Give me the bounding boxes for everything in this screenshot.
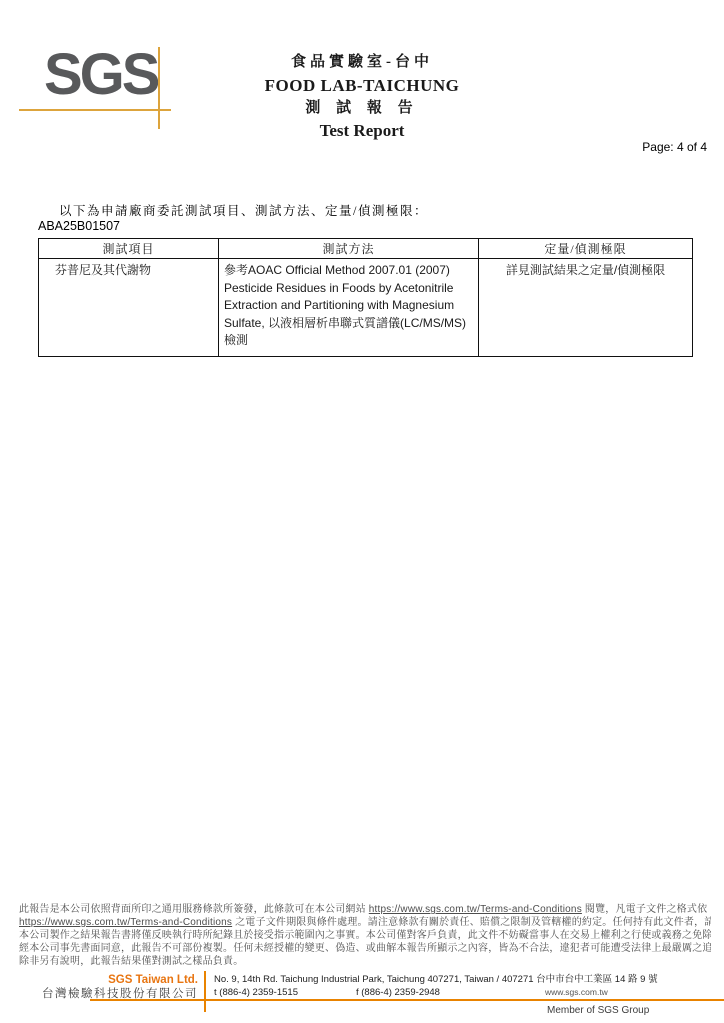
report-title-english: Test Report bbox=[0, 120, 724, 142]
test-item-cell: 芬普尼及其代謝物 bbox=[39, 259, 219, 357]
column-header-test-method: 測試方法 bbox=[219, 239, 479, 259]
table-header-row: 測試項目 測試方法 定量/偵測極限 bbox=[39, 239, 693, 259]
company-name-english: SGS Taiwan Ltd. bbox=[0, 974, 198, 987]
limit-cell: 詳見測試結果之定量/偵測極限 bbox=[479, 259, 693, 357]
report-number: ABA25B01507 bbox=[38, 219, 120, 233]
legal-disclaimer: 此報告是本公司依照背面所印之通用服務條款所簽發，此條款可在本公司網站 https… bbox=[19, 903, 711, 968]
legal-line-1: 此報告是本公司依照背面所印之通用服務條款所簽發，此條款可在本公司網站 https… bbox=[19, 903, 711, 916]
report-header: 食品實驗室-台中 FOOD LAB-TAICHUNG 測 試 報 告 Test … bbox=[0, 51, 724, 142]
report-title-chinese: 測 試 報 告 bbox=[0, 97, 724, 120]
legal-line-5: 除非另有說明，此報告結果僅對測試之樣品負責。 bbox=[19, 955, 711, 968]
legal-line-1-tail: 閱覽，凡電子文件之格式依 bbox=[582, 904, 707, 915]
footer-divider-vertical bbox=[204, 971, 206, 1012]
company-address: No. 9, 14th Rd. Taichung Industrial Park… bbox=[214, 973, 658, 986]
lab-title-english: FOOD LAB-TAICHUNG bbox=[0, 74, 724, 97]
legal-line-1-text: 此報告是本公司依照背面所印之通用服務條款所簽發，此條款可在本公司網站 bbox=[19, 904, 369, 915]
lab-title-chinese: 食品實驗室-台中 bbox=[0, 51, 724, 74]
company-block: SGS Taiwan Ltd. 台灣檢驗科技股份有限公司 bbox=[0, 974, 198, 1001]
column-header-limit: 定量/偵測極限 bbox=[479, 239, 693, 259]
terms-link-2[interactable]: https://www.sgs.com.tw/Terms-and-Conditi… bbox=[19, 917, 232, 928]
legal-line-4: 經本公司事先書面同意，此報告不可部份複製。任何未經授權的變更、偽造、或曲解本報告… bbox=[19, 942, 711, 955]
legal-line-3: 本公司製作之結果報告書將僅反映執行時所紀錄且於接受指示範圍內之事實。本公司僅對客… bbox=[19, 929, 711, 942]
test-method-table: 測試項目 測試方法 定量/偵測極限 芬普尼及其代謝物 參考AOAC Offici… bbox=[38, 238, 693, 357]
website-url: www.sgs.com.tw bbox=[545, 987, 608, 997]
footer-divider-horizontal bbox=[90, 999, 724, 1001]
column-header-test-item: 測試項目 bbox=[39, 239, 219, 259]
table-row: 芬普尼及其代謝物 參考AOAC Official Method 2007.01 … bbox=[39, 259, 693, 357]
intro-statement: 以下為申請廠商委託測試項目、測試方法、定量/偵測極限： bbox=[59, 201, 428, 219]
telephone-number: t (886-4) 2359-1515 bbox=[214, 986, 298, 999]
legal-line-2-text: 之電子文件期限與條件處理。請注意條款有關於責任、賠償之限制及管轄權的約定。任何持… bbox=[232, 917, 711, 928]
test-report-page: SGS 食品實驗室-台中 FOOD LAB-TAICHUNG 測 試 報 告 T… bbox=[0, 0, 724, 1023]
legal-line-2: https://www.sgs.com.tw/Terms-and-Conditi… bbox=[19, 916, 711, 929]
fax-number: f (886-4) 2359-2948 bbox=[356, 986, 440, 999]
terms-link[interactable]: https://www.sgs.com.tw/Terms-and-Conditi… bbox=[369, 904, 582, 915]
test-method-cell: 參考AOAC Official Method 2007.01 (2007) Pe… bbox=[219, 259, 479, 357]
member-of-sgs-group: Member of SGS Group bbox=[547, 1005, 649, 1016]
page-number: Page: 4 of 4 bbox=[642, 140, 707, 154]
